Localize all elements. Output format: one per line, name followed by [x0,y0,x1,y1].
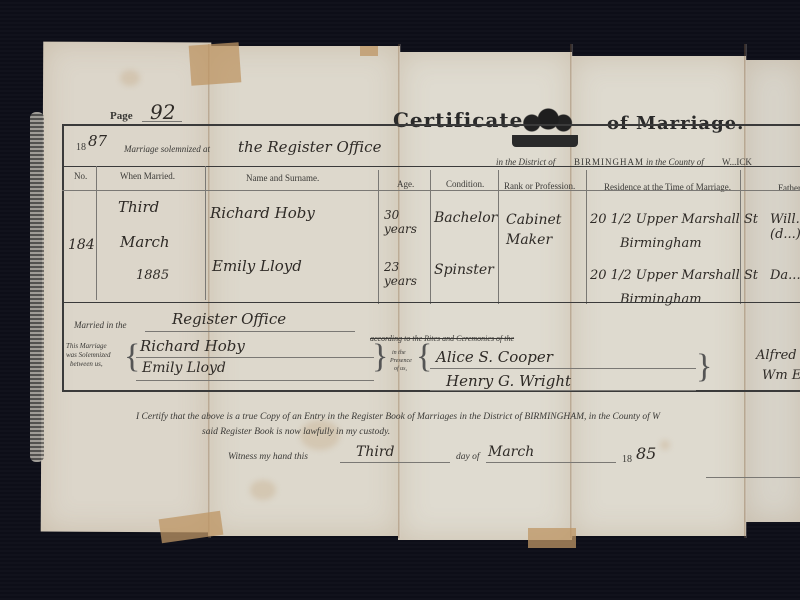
frame-top [62,124,800,126]
solemnized-place: the Register Office [238,138,381,156]
column-divider [586,170,587,304]
brace-left: { [416,338,432,376]
rule [145,331,355,332]
presence-label-3: of us, [394,366,407,372]
when-married-day: Third [118,198,159,216]
rule [62,302,800,303]
presence-label-2: Presence [390,358,412,364]
page-label: Page [110,110,133,122]
tape-piece [360,46,378,56]
party-bride: Emily Lloyd [142,360,226,376]
witness-hand-label: Witness my hand this [228,452,308,462]
rites-label: according to the Rites and Ceremonies of… [370,334,514,343]
when-married-year: 1885 [136,268,169,283]
when-married-month: March [120,233,170,251]
solemnized-label: Marriage solemnized at [124,144,210,154]
officiant-2: Wm E... [762,368,800,383]
bride-residence-street: 20 1/2 Upper Marshall St [590,268,758,283]
year-suffix: 87 [88,132,107,150]
tape-piece [528,528,576,548]
witness-2: Henry G. Wright [446,372,571,390]
married-in-place: Register Office [172,310,286,328]
bride-age: 23 years [384,260,420,288]
bride-residence-city: Birmingham [620,292,702,307]
bride-name: Emily Lloyd [212,257,302,275]
column-divider [96,166,97,300]
rule [430,390,696,391]
rule [706,477,800,478]
edge-binding [30,112,44,462]
presence-label-1: in the [392,350,406,356]
frame-left [62,124,64,392]
groom-age: 30 years [384,208,420,236]
certification-year-prefix: 18 [622,454,632,465]
groom-residence-street: 20 1/2 Upper Marshall St [590,212,758,227]
fold-crease [208,44,211,538]
certification-year-suffix: 85 [636,444,656,463]
column-divider [205,166,206,300]
day-of-label: day of [456,452,479,462]
column-divider [378,170,379,304]
certification-month: March [488,444,534,460]
rule [62,166,800,167]
rule [136,357,374,358]
column-divider [430,170,431,304]
header-name-surname: Name and Surname. [246,173,319,183]
between-label-3: between us, [70,360,103,368]
certificate-panel-5 [744,60,800,522]
stain [250,480,276,500]
certification-day: Third [356,444,395,460]
header-when-married: When Married. [120,171,175,181]
rule [430,368,696,369]
rule [142,121,182,122]
header-age: Age. [397,179,414,189]
between-label-1: This Marriage [66,342,107,350]
certification-line-2: said Register Book is now lawfully in my… [202,427,390,437]
rule [340,462,450,463]
groom-father: Will... (d...) [770,212,800,242]
stain [120,70,140,86]
groom-name: Richard Hoby [210,204,315,222]
groom-residence-city: Birmingham [620,236,702,251]
rule [62,190,800,191]
officiant-1: Alfred ... [756,348,800,363]
column-divider [498,170,499,304]
tape-piece [189,42,242,85]
party-groom: Richard Hoby [140,337,245,355]
fold-crease [744,44,747,538]
brace-right: } [696,348,712,386]
certification-line-1: I Certify that the above is a true Copy … [136,412,660,422]
header-no: No. [74,171,87,181]
column-divider [740,170,741,304]
brace-right: } [372,338,388,376]
witness-1: Alice S. Cooper [436,348,553,366]
rule [136,380,374,381]
bride-condition: Spinster [434,262,494,278]
between-label-2: was Solemnized [66,351,111,359]
header-father: Father's N... [778,183,800,193]
header-condition: Condition. [446,179,484,189]
groom-profession: Cabinet Maker [506,210,576,250]
groom-condition: Bachelor [434,210,497,226]
title-certificate: Certificate [393,108,523,132]
entry-number: 184 [68,237,95,253]
stain [660,440,670,450]
year-prefix: 18 [76,142,86,153]
married-in-label: Married in the [74,320,127,330]
rule [486,462,616,463]
bride-father: Da... [770,268,800,283]
